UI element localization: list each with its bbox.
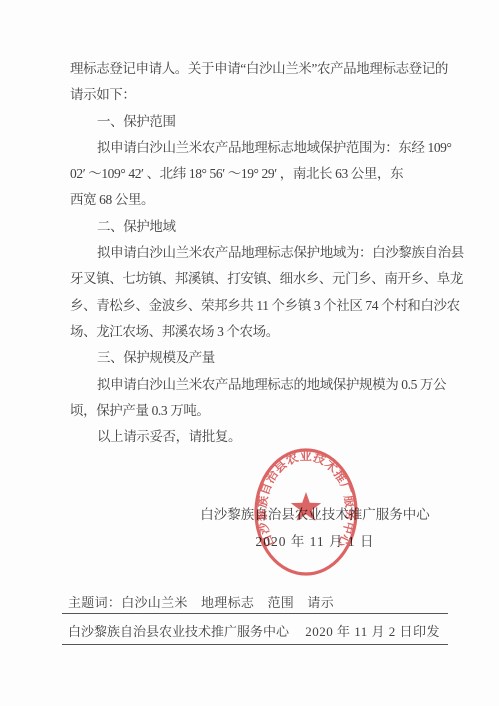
document-line: 拟申请白沙山兰米农产品地理标志保护地域为：白沙黎族自治县 bbox=[70, 240, 470, 266]
signature-org: 白沙黎族自治县农业技术推广服务中心 bbox=[198, 507, 432, 523]
keywords-line: 主题词：白沙山兰米 地理标志 范围 请示 bbox=[68, 592, 334, 611]
document-line: 以上请示妥否，请批复。 bbox=[70, 424, 470, 450]
footer-row: 白沙黎族自治县农业技术推广服务中心 2020 年 11 月 2 日印发 bbox=[68, 621, 440, 640]
signature-block: 白沙黎族自治县农业技术推广服务中心 2020 年 11 月 1 日 bbox=[198, 507, 432, 550]
document-line: 请示如下： bbox=[70, 82, 470, 108]
document-body: 理标志登记申请人。关于申请“白沙山兰米”农产品地理标志登记的 请示如下： 一、保… bbox=[70, 56, 470, 450]
document-line: 拟申请白沙山兰米农产品地理标志的地域保护规模为 0.5 万公 bbox=[70, 372, 470, 398]
document-line: 乡、青松乡、金波乡、荣邦乡共 11 个乡镇 3 个社区 74 个村和白沙农 bbox=[70, 293, 470, 319]
document-line: 场、龙江农场、邦溪农场 3 个农场。 bbox=[70, 319, 470, 345]
signature-date: 2020 年 11 月 1 日 bbox=[198, 534, 432, 550]
document-line: 理标志登记申请人。关于申请“白沙山兰米”农产品地理标志登记的 bbox=[70, 56, 470, 82]
document-line: 02′ ～109° 42′ 、北纬 18° 56′ ～19° 29′ ，南北长 … bbox=[70, 161, 470, 187]
document-line: 拟申请白沙山兰米农产品地理标志地域保护范围为：东经 109° bbox=[70, 135, 470, 161]
document-line: 西宽 68 公里。 bbox=[70, 187, 470, 213]
document-line: 牙叉镇、七坊镇、邦溪镇、打安镇、细水乡、元门乡、南开乡、阜龙 bbox=[70, 266, 470, 292]
footer-divider-top bbox=[62, 613, 448, 614]
footer-print-date: 2020 年 11 月 2 日印发 bbox=[305, 621, 440, 640]
section-heading: 二、保护地域 bbox=[70, 214, 470, 240]
footer-issuer: 白沙黎族自治县农业技术推广服务中心 bbox=[68, 621, 289, 640]
document-page: 理标志登记申请人。关于申请“白沙山兰米”农产品地理标志登记的 请示如下： 一、保… bbox=[0, 0, 499, 706]
section-heading: 三、保护规模及产量 bbox=[70, 345, 470, 371]
document-line: 顷，保护产量 0.3 万吨。 bbox=[70, 398, 470, 424]
footer-divider-bottom bbox=[62, 644, 448, 645]
section-heading: 一、保护范围 bbox=[70, 109, 470, 135]
